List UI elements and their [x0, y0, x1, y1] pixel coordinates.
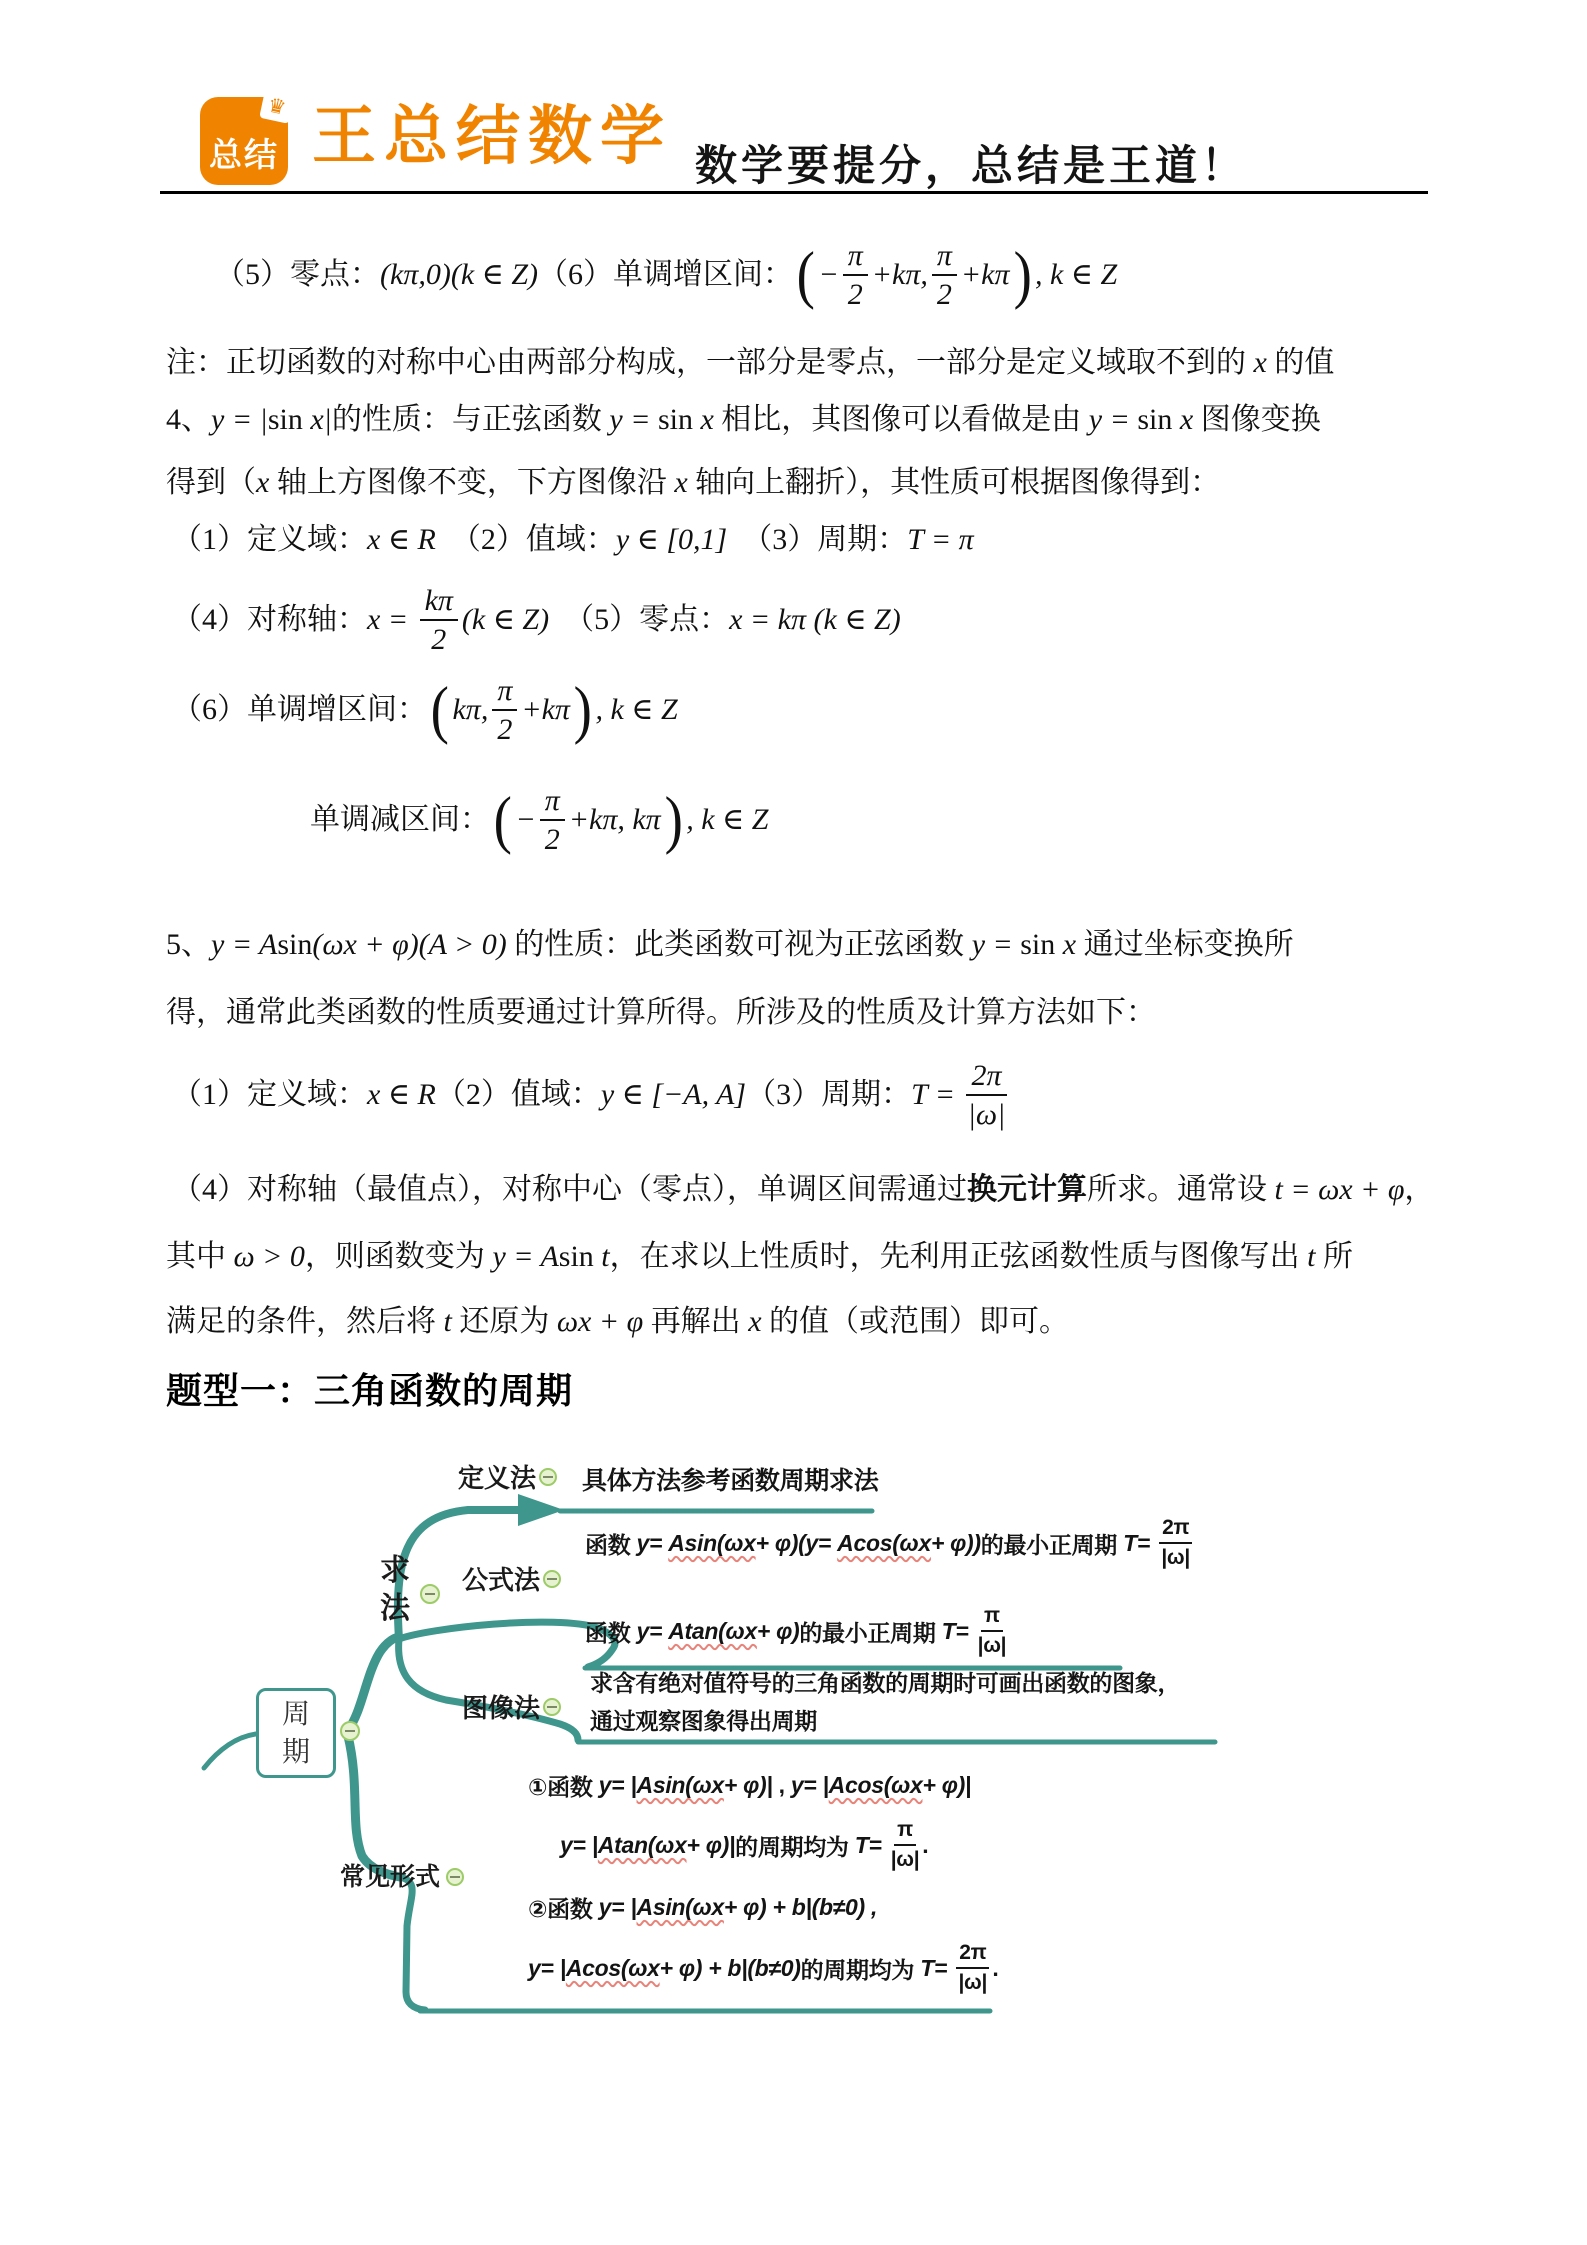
mindmap-leaf-graph-line1: 求含有绝对值符号的三角函数的周期时可画出函数的图象，	[590, 1664, 1180, 1698]
brand-wordmark: 王总结数学	[312, 104, 672, 168]
fraction: kπ2	[420, 585, 458, 656]
fraction: π2	[843, 240, 868, 311]
document-line-6: （4）对称轴：x = kπ2(k ∈ Z) （5）零点：x = kπ (k ∈ …	[172, 575, 901, 665]
mindmap-node-formula: 公式法	[462, 1566, 540, 1595]
document-line-7: （6）单调增区间：(kπ,π2+kπ), k ∈ Z	[172, 655, 678, 765]
fraction: π|ω|	[978, 1605, 1007, 1656]
brand-tagline: 数学要提分，总结是王道！	[695, 133, 1247, 193]
document-line-2: 注：正切函数的对称中心由两部分构成，一部分是零点，一部分是定义域取不到的 x 的…	[166, 343, 1334, 383]
fraction: π2	[932, 240, 957, 311]
document-line-1: （5）零点：(kπ,0)(k ∈ Z)（6）单调增区间：(−π2+kπ,π2+k…	[215, 225, 1117, 325]
document-line-13: 其中 ω > 0，则函数变为 y = Asin t，在求以上性质时，先利用正弦函…	[166, 1237, 1353, 1277]
document-page: 总结 ♛ 王总结数学 数学要提分，总结是王道！ （5）零点：(kπ,0)(k ∈…	[0, 0, 1587, 2245]
mindmap-node-graph: 图像法	[462, 1694, 540, 1723]
document-line-14: 满足的条件，然后将 t 还原为 ωx + φ 再解出 x 的值（或范围）即可。	[166, 1302, 1069, 1342]
mindmap-leaf-forms-line4: y= |Acos(ωx+ φ) + b|(b≠0)的周期均为 T= 2π|ω|.	[528, 1930, 998, 2006]
document-line-11: （1）定义域：x ∈ R（2）值域：y ∈ [−A, A]（3）周期：T = 2…	[172, 1040, 1011, 1150]
brand-logo-badge-text: 总结	[209, 138, 279, 171]
mindmap-leaf-forms-line2: y= |Atan(ωx+ φ)|的周期均为 T= π|ω|.	[560, 1808, 928, 1882]
mindmap-branch-methods: 求法	[380, 1552, 416, 1628]
fraction: 2π|ω|	[966, 1060, 1006, 1131]
mindmap-leaf-forms-line1: ①函数 y= |Asin(ωx+ φ)| , y= |Acos(ωx+ φ)|	[528, 1766, 971, 1804]
fraction: 2π|ω|	[956, 1942, 989, 1993]
fraction: π|ω|	[891, 1819, 920, 1870]
fraction: π2	[492, 675, 517, 746]
mindmap-root-label: 周期	[279, 1695, 313, 1771]
header-divider	[160, 191, 1428, 194]
minus-icon	[544, 1571, 560, 1587]
mindmap-node-definition: 定义法	[458, 1464, 536, 1493]
minus-icon	[421, 1585, 439, 1603]
mindmap-leaf-formula-sin-cos: 函数 y= Asin(ωx+ φ)(y= Acos(ωx+ φ))的最小正周期 …	[585, 1502, 1195, 1584]
crown-icon: ♛	[259, 88, 295, 124]
collapse-minus-icons	[341, 1469, 560, 1885]
document-line-9: 5、y = Asin(ωx + φ)(A > 0) 的性质：此类函数可视为正弦函…	[166, 925, 1294, 965]
brand-logo-badge: 总结 ♛	[200, 97, 288, 185]
document-line-10: 得，通常此类函数的性质要通过计算所得。所涉及的性质及计算方法如下：	[166, 993, 1156, 1033]
document-line-3: 4、y = |sin x|的性质：与正弦函数 y = sin x 相比，其图像可…	[166, 400, 1321, 440]
document-line-8: 单调减区间：(−π2+kπ, kπ), k ∈ Z	[310, 765, 768, 875]
minus-icon	[544, 1699, 560, 1715]
mindmap-leaf-definition: 具体方法参考函数周期求法	[582, 1462, 878, 1496]
minus-icon	[447, 1869, 463, 1885]
mindmap-leaf-formula-tan: 函数 y= Atan(ωx+ φ)的最小正周期 T= π|ω|	[585, 1598, 1009, 1664]
mindmap-leaf-graph-line2: 通过观察图象得出周期	[590, 1702, 817, 1736]
mindmap-entry-tail	[204, 1734, 256, 1768]
fraction: π2	[540, 785, 565, 856]
document-line-4: 得到（x 轴上方图像不变，下方图像沿 x 轴向上翻折），其性质可根据图像得到：	[166, 463, 1220, 503]
minus-icon	[341, 1722, 359, 1740]
section-heading: 题型一：三角函数的周期	[166, 1363, 573, 1414]
minus-icon	[540, 1469, 556, 1485]
fraction: 2π|ω|	[1159, 1517, 1192, 1568]
mindmap-root-node: 周期	[256, 1688, 336, 1778]
document-line-12: （4）对称轴（最值点），对称中心（零点），单调区间需通过换元计算所求。通常设 t…	[172, 1170, 1434, 1210]
arrow-right-icon	[518, 1494, 564, 1526]
document-line-5: （1）定义域：x ∈ R （2）值域：y ∈ [0,1] （3）周期：T = π	[172, 520, 974, 560]
mindmap-leaf-forms-line3: ②函数 y= |Asin(ωx+ φ) + b|(b≠0) ,	[528, 1888, 877, 1926]
mindmap-branch-forms: 常见形式	[340, 1864, 440, 1892]
